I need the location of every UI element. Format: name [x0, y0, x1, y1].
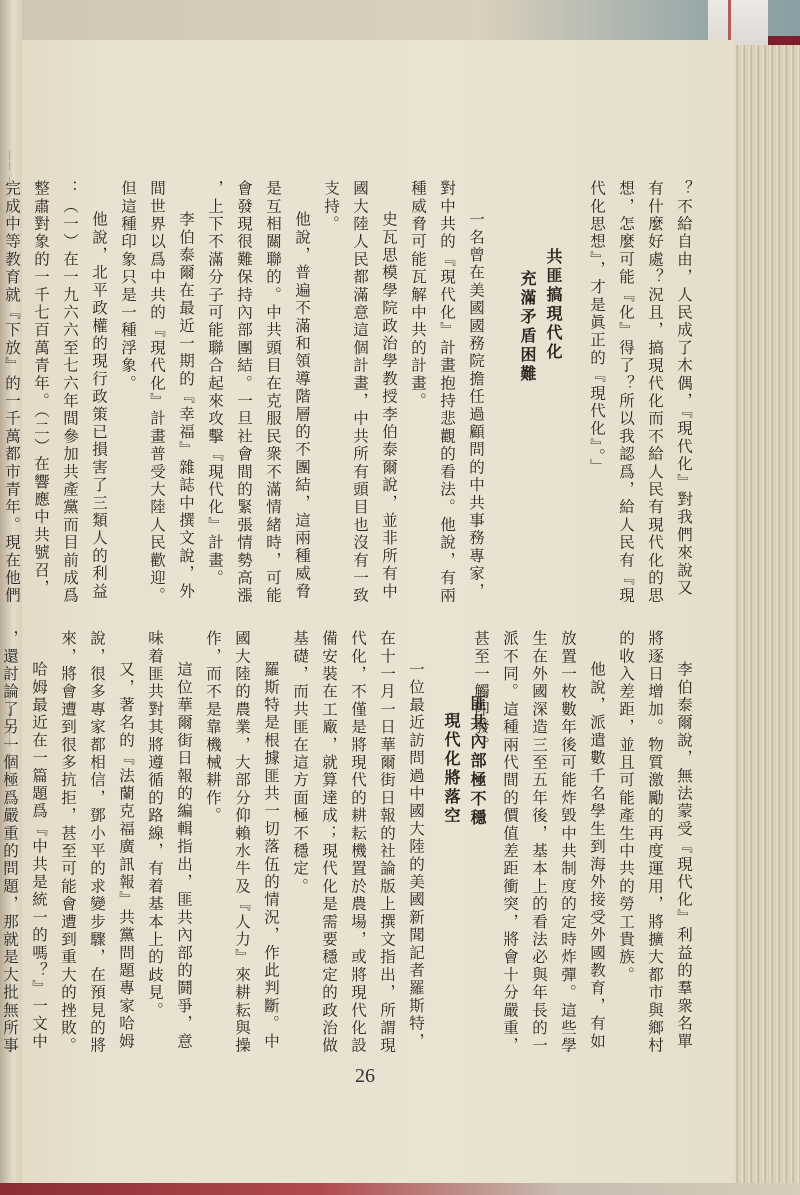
text-column: ：（一）在一九六六至七六年間參加共產黨而目前成爲	[55, 180, 84, 600]
text-column: 他說，普遍不滿和領導階層的不團結，這兩種威脅	[287, 180, 316, 600]
text-column: 說，很多專家都相信，鄧小平的求變步驟，在預見的將	[82, 630, 111, 1050]
quote-ending: ？不給自由，人民成了木偶，『現代化』對我們來說又 有什麼好處？況且，搞現代化而不…	[582, 180, 698, 600]
text-column: 基礎，而共匪在這方面極不穩定。	[285, 630, 314, 1050]
text-column: 作，而不是靠機械耕作。	[198, 630, 227, 1050]
text-column: ，上下不滿分子可能聯合起來攻擊『現代化』計畫。	[200, 180, 229, 600]
tape-mark	[728, 0, 731, 45]
text-column: 又，著名的『法蘭克福廣訊報』共黨問題專家哈姆	[111, 630, 140, 1050]
text-column: 的收入差距，並且可能產生中共的勞工貴族。	[611, 630, 640, 1050]
text-column: ，還討論了另一個極爲嚴重的問題，那就是大批無所事	[0, 630, 24, 1050]
text-column: 想，怎麼可能『化』得了？所以我認爲，給人民有『現	[611, 180, 640, 600]
text-column: 備安裝在工廠，就算達成；現代化是需要穩定的政治做	[314, 630, 343, 1050]
text-column: 完成中等教育就『下放』的一千萬都市青年。現在他們	[0, 180, 26, 600]
text-column: 是互相關聯的。中共頭目在克服民衆不滿情緒時，可能	[258, 180, 287, 600]
section-heading-1-line2: 充滿矛盾困難	[512, 270, 542, 384]
text-column: 派不同。這種兩代間的價值差距衝突，將會十分嚴重，	[495, 630, 524, 1050]
text-column: 放置一枚數年後可能炸毀中共制度的定時炸彈。這些學	[553, 630, 582, 1050]
text-column: 支持。	[316, 180, 345, 600]
text-column: 代化，不僅是將現代的耕耘機置於農場，或將現代化設	[343, 630, 372, 1050]
text-column: 哈姆最近在一篇題爲『中共是統一的嗎？』一文中	[24, 630, 53, 1050]
text-column: 史瓦思模學院政治學教授李伯泰爾說，並非所有中	[374, 180, 403, 600]
text-column: 生在外國深造三至五年後，基本上的看法必與年長的一	[524, 630, 553, 1050]
top-body-text: 一名曾在美國國務院擔任過顧問的中共事務專家， 對中共的『現代化』計畫抱持悲觀的看…	[0, 180, 490, 600]
text-column: 代化思想』，才是眞正的『現代化』。」	[582, 180, 611, 600]
text-column: 有什麼好處？況且，搞現代化而不給人民有現代化的思	[640, 180, 669, 600]
text-column: 間世界以爲中共的『現代化』計畫普受大陸人民歡迎。	[142, 180, 171, 600]
text-column: 味着匪共對其將遵循的路線，有着基本上的歧見。	[140, 630, 169, 1050]
text-column: 羅斯特是根據匪共一切落伍的情況，作此判斷。中	[256, 630, 285, 1050]
text-column: 李伯泰爾在最近一期的『幸福』雜誌中撰文說，外	[171, 180, 200, 600]
bottom-body-text: 一位最近訪問過中國大陸的美國新聞記者羅斯特， 在十一月一日華爾街日報的社論版上撰…	[0, 630, 430, 1050]
text-column: 來，將會遭到很多抗拒，甚至可能會遭到重大的挫敗。	[53, 630, 82, 1050]
book-bottom-edge	[0, 1183, 800, 1195]
text-column: 一位最近訪問過中國大陸的美國新聞記者羅斯特，	[401, 630, 430, 1050]
page-stack-edges	[734, 45, 800, 1195]
page-number: 26	[355, 1065, 375, 1088]
text-column: 將逐日增加。物質激勵的再度運用，將擴大都市與鄉村	[640, 630, 669, 1050]
text-column: 整肅對象的一千七百萬青年。（二）在響應中共號召，	[26, 180, 55, 600]
section-heading-1-line1: 共匪搞現代化	[538, 248, 568, 362]
text-column: 李伯泰爾說，無法蒙受『現代化』利益的羣衆名單	[669, 630, 698, 1050]
text-column: 他說，北平政權的現行政策已損害了三類人的利益	[84, 180, 113, 600]
text-column: 甚至一觸卽發。	[466, 630, 495, 1050]
section-heading-2-line1: 匪共內部極不穩	[462, 695, 492, 828]
text-column: 但這種印象只是一種浮象。	[113, 180, 142, 600]
section-heading-2-line2: 現代化將落空	[436, 712, 466, 826]
text-column: 他說，派遣數千名學生到海外接受外國教育，有如	[582, 630, 611, 1050]
text-column: 國大陸人民都滿意這個計畫，中共所有頭目也沒有一致	[345, 180, 374, 600]
text-column: 會發現很難保持內部團結。一旦社會間的緊張情勢高漲	[229, 180, 258, 600]
text-column: ？不給自由，人民成了木偶，『現代化』對我們來說又	[669, 180, 698, 600]
text-column: 種威脅可能瓦解中共的計畫。	[403, 180, 432, 600]
text-column: 對中共的『現代化』計畫抱持悲觀的看法。他說，有兩	[432, 180, 461, 600]
text-column: 這位華爾街日報的編輯指出，匪共內部的鬪爭，意	[169, 630, 198, 1050]
bottom-intro-text: 李伯泰爾說，無法蒙受『現代化』利益的羣衆名單 將逐日增加。物質激勵的再度運用，將…	[466, 630, 698, 1050]
text-column: 一名曾在美國國務院擔任過顧問的中共事務專家，	[461, 180, 490, 600]
text-column: 在十一月一日華爾街日報的社論版上撰文指出，所謂現	[372, 630, 401, 1050]
text-column: 國大陸的農業，大部分仰賴水牛及『人力』來耕耘與操	[227, 630, 256, 1050]
